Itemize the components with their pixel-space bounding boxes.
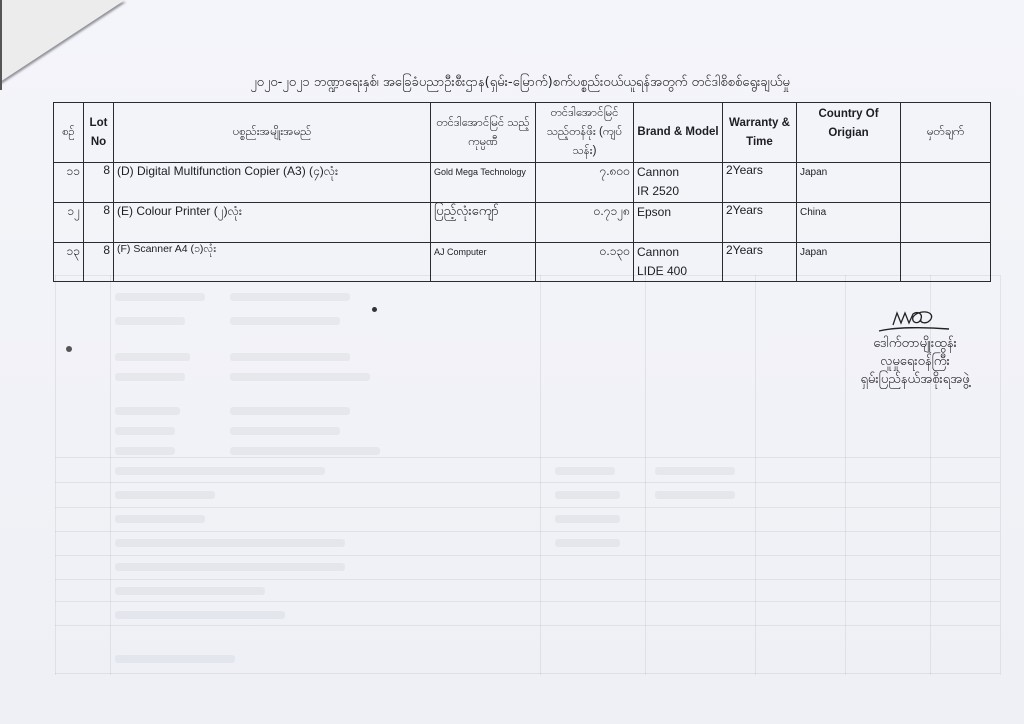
header-company: တင်ဒါအောင်မြင် သည့်ကုမ္ပဏီ: [431, 103, 536, 163]
cell-warranty: 2Years: [723, 243, 797, 282]
signatory-name: ဒေါက်တာမျိုးထွန်း: [830, 335, 1000, 353]
cell-company: ပြည့်လုံးကျော်: [431, 203, 536, 243]
cell-item-name: (F) Scanner A4 (၁)လုံး: [114, 243, 431, 282]
scan-speck: [66, 346, 72, 352]
cell-price: ၀.၁၃၀: [536, 243, 634, 282]
scanned-page: ၂၀၂၀-၂၀၂၁ ဘဏ္ဍာရေးနှစ်၊ အခြေခံပညာဦးစီးဌာ…: [0, 0, 1024, 724]
cell-warranty: 2Years: [723, 163, 797, 203]
table-row: ၁၁ 8 (D) Digital Multifunction Copier (A…: [54, 163, 991, 203]
table-row: ၁၃ 8 (F) Scanner A4 (၁)လုံး AJ Computer …: [54, 243, 991, 282]
document-title: ၂၀၂၀-၂၀၂၁ ဘဏ္ဍာရေးနှစ်၊ အခြေခံပညာဦးစီးဌာ…: [230, 74, 810, 93]
header-serial: စဉ်: [54, 103, 84, 163]
folded-corner: [0, 0, 125, 82]
table-header-row: စဉ် Lot No ပစ္စည်းအမျိုးအမည် တင်ဒါအောင်မ…: [54, 103, 991, 163]
cell-warranty: 2Years: [723, 203, 797, 243]
cell-brand-model: Cannon LIDE 400: [634, 243, 723, 282]
scan-speck: [372, 307, 377, 312]
signature-icon: [830, 305, 1000, 335]
header-item-name: ပစ္စည်းအမျိုးအမည်: [114, 103, 431, 163]
cell-remarks: [901, 163, 991, 203]
cell-lot-no: 8: [84, 163, 114, 203]
table-row: ၁၂ 8 (E) Colour Printer (၂)လုံး ပြည့်လုံ…: [54, 203, 991, 243]
signature-block: ဒေါက်တာမျိုးထွန်း လူမှုရေးဝန်ကြီး ရှမ်းပ…: [830, 305, 1000, 389]
tender-selection-table: စဉ် Lot No ပစ္စည်းအမျိုးအမည် တင်ဒါအောင်မ…: [53, 102, 991, 282]
cell-brand-model: Cannon IR 2520: [634, 163, 723, 203]
cell-serial: ၁၃: [54, 243, 84, 282]
cell-lot-no: 8: [84, 243, 114, 282]
cell-price: ၀.၇၁၂၈: [536, 203, 634, 243]
cell-brand-model: Epson: [634, 203, 723, 243]
cell-price: ၇.၈၀၀: [536, 163, 634, 203]
cell-remarks: [901, 243, 991, 282]
cell-lot-no: 8: [84, 203, 114, 243]
header-lot-no: Lot No: [84, 103, 114, 163]
header-brand-model: Brand & Model: [634, 103, 723, 163]
header-country: Country Of Origian: [797, 103, 901, 163]
header-remarks: မှတ်ချက်: [901, 103, 991, 163]
header-price: တင်ဒါအောင်မြင် သည့်တန်ဖိုး (ကျပ်သန်း): [536, 103, 634, 163]
scan-edge: [0, 0, 2, 90]
cell-item-name: (E) Colour Printer (၂)လုံး: [114, 203, 431, 243]
signatory-organization: ရှမ်းပြည်နယ်အစိုးရအဖွဲ့: [830, 371, 1000, 389]
cell-country: Japan: [797, 243, 901, 282]
cell-remarks: [901, 203, 991, 243]
cell-country: China: [797, 203, 901, 243]
cell-country: Japan: [797, 163, 901, 203]
cell-serial: ၁၂: [54, 203, 84, 243]
cell-serial: ၁၁: [54, 163, 84, 203]
header-warranty: Warranty & Time: [723, 103, 797, 163]
cell-company: Gold Mega Technology: [431, 163, 536, 203]
cell-item-name: (D) Digital Multifunction Copier (A3) (၄…: [114, 163, 431, 203]
signatory-title: လူမှုရေးဝန်ကြီး: [830, 353, 1000, 371]
cell-company: AJ Computer: [431, 243, 536, 282]
